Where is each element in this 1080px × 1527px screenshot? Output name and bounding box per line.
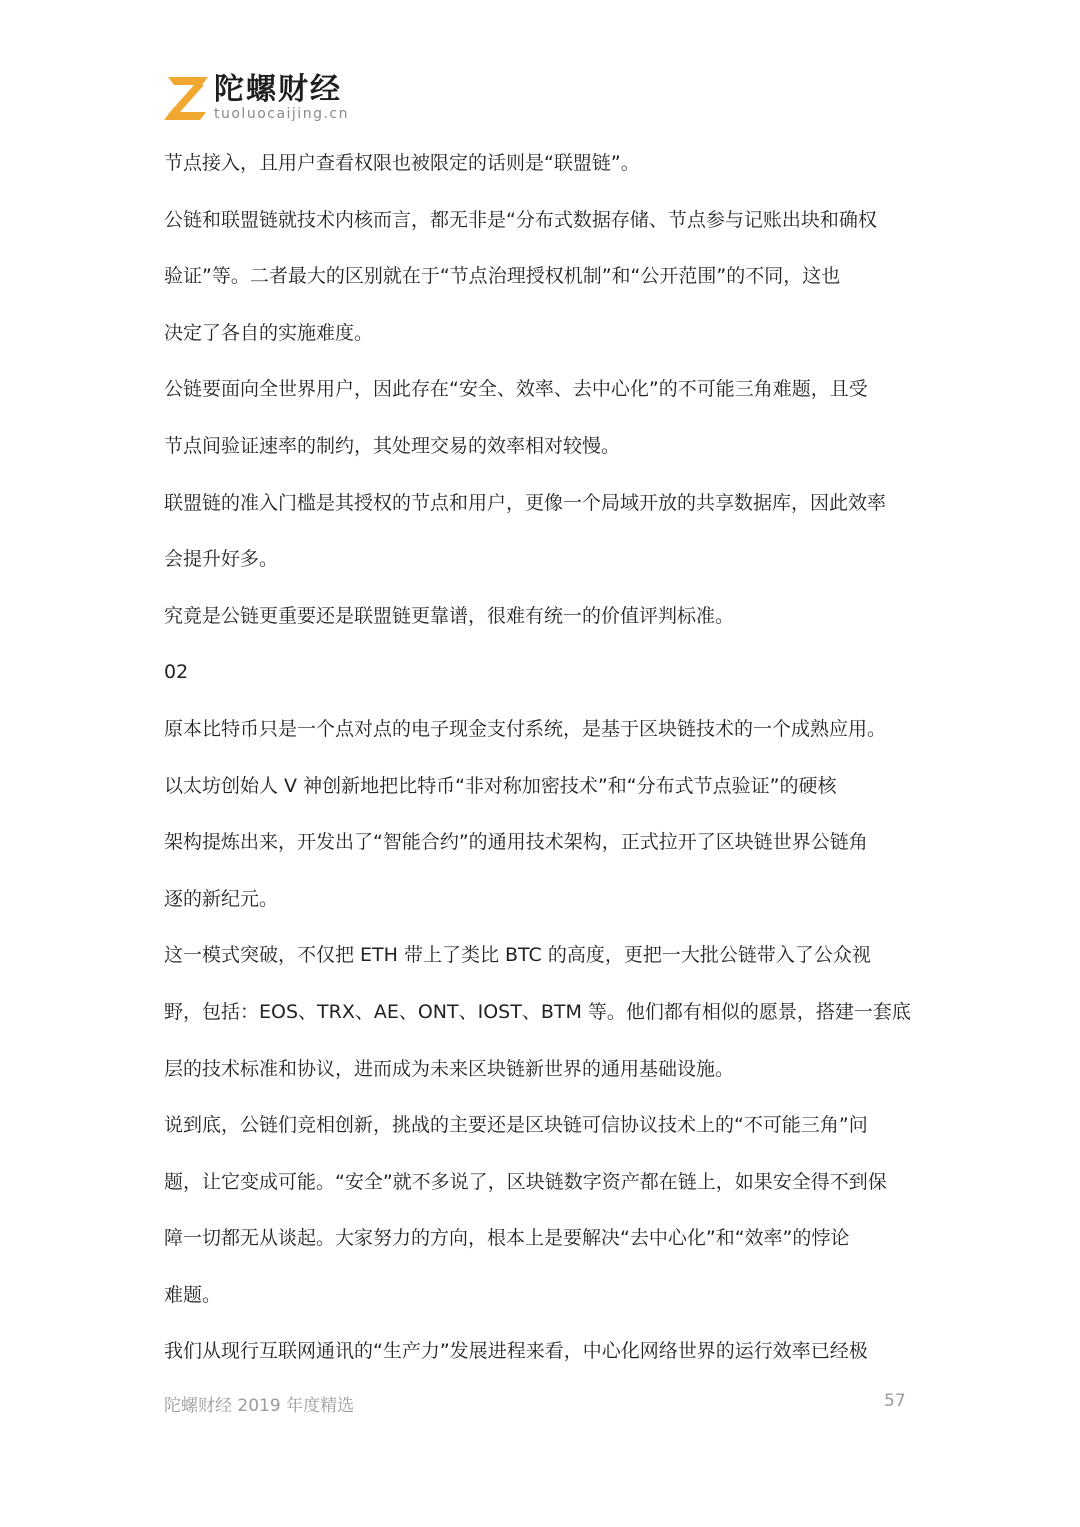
- text-line: 野，包括：EOS、TRX、AE、ONT、IOST、BTM 等。他们都有相似的愿景…: [164, 989, 924, 1046]
- text-line: 难题。: [164, 1272, 924, 1329]
- text-line: 究竟是公链更重要还是联盟链更靠谱，很难有统一的价值评判标准。: [164, 593, 924, 650]
- text-line: 原本比特币只是一个点对点的电子现金支付系统，是基于区块链技术的一个成熟应用。: [164, 706, 924, 763]
- text-line: 层的技术标准和协议，进而成为未来区块链新世界的通用基础设施。: [164, 1046, 924, 1103]
- text-line: 会提升好多。: [164, 536, 924, 593]
- text-line: 障一切都无从谈起。大家努力的方向，根本上是要解决“去中心化”和“效率”的悖论: [164, 1215, 924, 1272]
- text-line: 架构提炼出来，开发出了“智能合约”的通用技术架构，正式拉开了区块链世界公链角: [164, 819, 924, 876]
- footer-publication: 陀螺财经 2019 年度精选: [164, 1391, 354, 1416]
- text-line: 节点间验证速率的制约，其处理交易的效率相对较慢。: [164, 423, 924, 480]
- text-line: 公链要面向全世界用户，因此存在“安全、效率、去中心化”的不可能三角难题，且受: [164, 366, 924, 423]
- brand-url: tuoluocaijing.cn: [214, 106, 349, 122]
- text-line: 公链和联盟链就技术内核而言，都无非是“分布式数据存储、节点参与记账出块和确权: [164, 197, 924, 254]
- brand-name: 陀螺财经: [214, 74, 349, 106]
- text-line: 题，让它变成可能。“安全”就不多说了，区块链数字资产都在链上，如果安全得不到保: [164, 1159, 924, 1216]
- text-line: 我们从现行互联网通讯的“生产力”发展进程来看，中心化网络世界的运行效率已经极: [164, 1328, 924, 1385]
- text-line: 说到底，公链们竞相创新，挑战的主要还是区块链可信协议技术上的“不可能三角”问: [164, 1102, 924, 1159]
- text-line: 验证”等。二者最大的区别就在于“节点治理授权机制”和“公开范围”的不同，这也: [164, 253, 924, 310]
- text-line: 决定了各自的实施难度。: [164, 310, 924, 367]
- page-number: 57: [884, 1391, 906, 1411]
- brand-logo: 陀螺财经 tuoluocaijing.cn: [164, 74, 349, 124]
- text-line: 逐的新纪元。: [164, 876, 924, 933]
- text-line: 联盟链的准入门槛是其授权的节点和用户，更像一个局域开放的共享数据库，因此效率: [164, 480, 924, 537]
- text-line: 节点接入，且用户查看权限也被限定的话则是“联盟链”。: [164, 140, 924, 197]
- text-line: 这一模式突破，不仅把 ETH 带上了类比 BTC 的高度，更把一大批公链带入了公…: [164, 932, 924, 989]
- text-line: 以太坊创始人 V 神创新地把比特币“非对称加密技术”和“分布式节点验证”的硬核: [164, 763, 924, 820]
- article-body: 节点接入，且用户查看权限也被限定的话则是“联盟链”。 公链和联盟链就技术内核而言…: [164, 140, 924, 1385]
- section-number: 02: [164, 649, 924, 706]
- z-logo-icon: [164, 74, 210, 120]
